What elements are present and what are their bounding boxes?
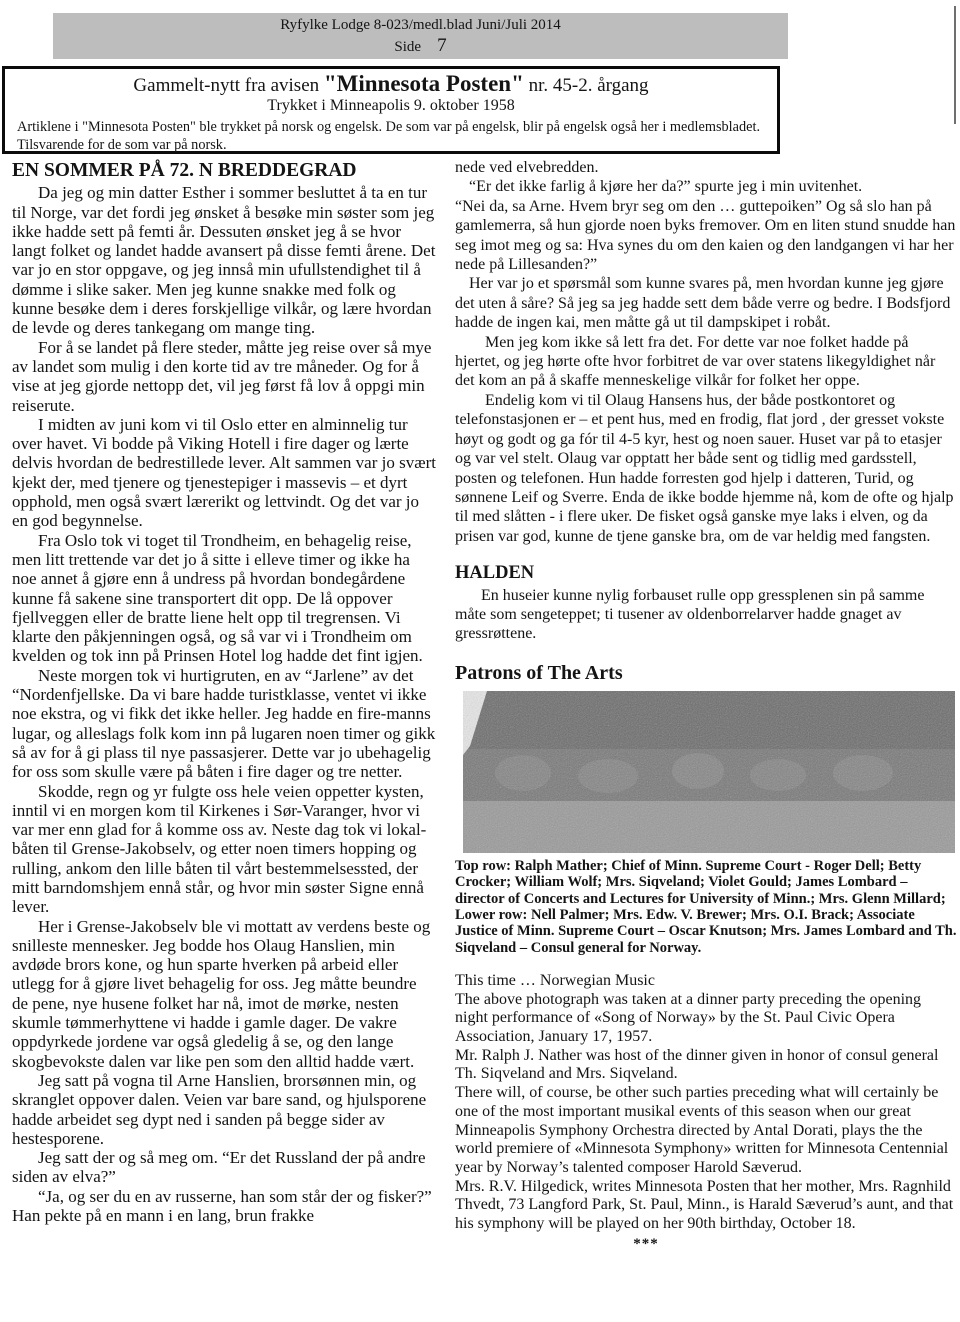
story-paragraph: En huseier kunne nylig forbauset rulle o… <box>455 586 957 644</box>
end-mark: *** <box>455 1235 957 1254</box>
article-paragraph: There will, of course, be other such par… <box>455 1084 957 1178</box>
section-heading-patrons: Patrons of The Arts <box>455 664 957 683</box>
article-paragraph: Mrs. R.V. Hilgedick, writes Minnesota Po… <box>455 1178 957 1234</box>
section-heading-halden: HALDEN <box>455 564 957 583</box>
banner-title-prefix: Gammelt-nytt fra avisen <box>133 75 323 96</box>
story-paragraph: For å se landet på flere steder, måtte j… <box>12 338 436 415</box>
banner-note-line1: Artiklene i "Minnesota Posten" ble trykk… <box>17 118 765 136</box>
story-right-column: nede ved elvebredden. “Er det ikke farli… <box>455 158 957 1254</box>
newsletter-page: Ryfylke Lodge 8-023/medl.blad Juni/Juli … <box>0 0 960 1322</box>
page-number-line: Side7 <box>53 35 788 57</box>
banner-note-line2: Tilsvarende for de som var på norsk. <box>17 136 765 154</box>
photo-caption-top-row: Top row: Ralph Mather; Chief of Minn. Su… <box>455 858 957 907</box>
banner-box: Gammelt-nytt fra avisen "Minnesota Poste… <box>2 66 780 154</box>
side-label: Side <box>394 39 421 55</box>
article-section: This time … Norwegian Music The above ph… <box>455 972 957 1234</box>
story-paragraph: Jeg satt der og så meg om. “Er det Russl… <box>12 1148 436 1187</box>
story-paragraph: “Ja, og ser du en av russerne, han som s… <box>12 1187 436 1226</box>
photo-caption: Top row: Ralph Mather; Chief of Minn. Su… <box>455 858 957 956</box>
banner-title-emphasis: "Minnesota Posten" <box>324 71 524 96</box>
story-paragraph: Da jeg og min datter Esther i sommer bes… <box>12 183 436 337</box>
story-paragraph: “Nei da, sa Arne. Hvem bryr seg om den …… <box>455 197 957 275</box>
article-paragraph: This time … Norwegian Music <box>455 972 957 991</box>
story-paragraph: nede ved elvebredden. <box>455 158 957 177</box>
article-paragraph: The above photograph was taken at a dinn… <box>455 991 957 1047</box>
story-paragraph: Men jeg kom ikke så lett fra det. For de… <box>455 333 957 391</box>
banner-title-suffix: nr. 45-2. årgang <box>524 75 649 96</box>
story-paragraph: I midten av juni kom vi til Oslo etter e… <box>12 415 436 531</box>
story-heading: EN SOMMER PÅ 72. N BREDDEGRAD <box>12 161 436 180</box>
photo-caption-lower-row: Lower row: Nell Palmer; Mrs. Edw. V. Bre… <box>455 907 957 956</box>
scan-artifact-line <box>954 6 956 124</box>
story-paragraph: Fra Oslo tok vi toget til Trondheim, en … <box>12 531 436 666</box>
story-paragraph: Jeg satt på vogna til Arne Hanslien, bro… <box>12 1071 436 1148</box>
page-header: Ryfylke Lodge 8-023/medl.blad Juni/Juli … <box>53 13 788 59</box>
dinner-party-photo <box>463 691 955 853</box>
banner-subtitle: Trykket i Minneapolis 9. oktober 1958 <box>17 97 765 115</box>
article-paragraph: Mr. Ralph J. Nather was host of the dinn… <box>455 1047 957 1084</box>
halden-section: En huseier kunne nylig forbauset rulle o… <box>455 586 957 644</box>
story-paragraph: Her var jo et spørsmål som kunne svares … <box>455 274 957 332</box>
story-paragraph: Skodde, regn og yr fulgte oss hele veien… <box>12 782 436 917</box>
story-paragraph: “Er det ikke farlig å kjøre her da?” spu… <box>455 177 957 196</box>
story-paragraph: Her i Grense-Jakobselv ble vi mottatt av… <box>12 917 436 1071</box>
newsletter-title: Ryfylke Lodge 8-023/medl.blad Juni/Juli … <box>53 13 788 34</box>
banner-title: Gammelt-nytt fra avisen "Minnesota Poste… <box>17 71 765 97</box>
page-number: 7 <box>437 35 447 56</box>
story-paragraph: Neste morgen tok vi hurtigruten, en av “… <box>12 666 436 782</box>
story-left-column: EN SOMMER PÅ 72. N BREDDEGRAD Da jeg og … <box>12 161 436 1225</box>
story-paragraph: Endelig kom vi til Olaug Hansens hus, de… <box>455 391 957 546</box>
